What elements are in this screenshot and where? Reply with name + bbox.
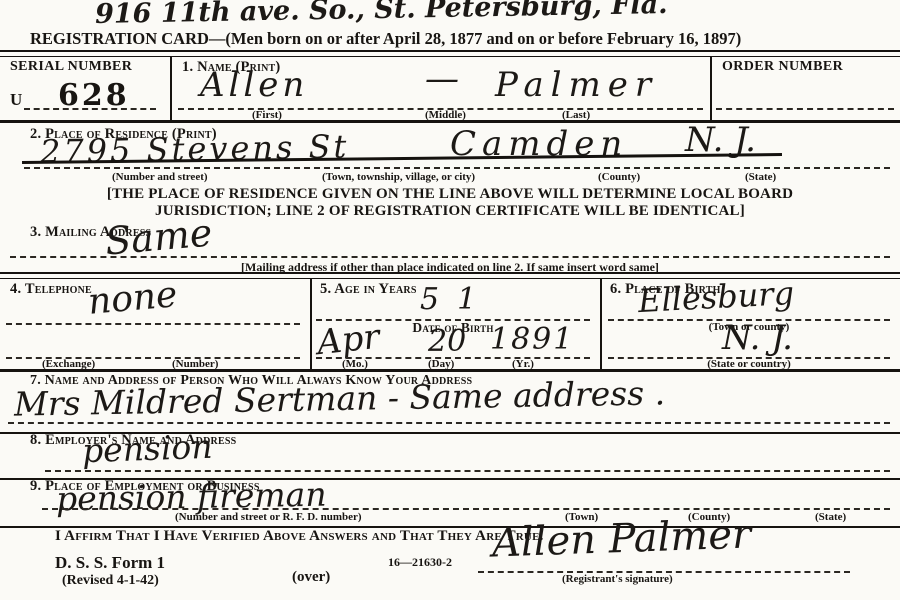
employer-line bbox=[45, 470, 890, 472]
print-code: 16—21630-2 bbox=[388, 555, 452, 570]
name-last-value: Palmer bbox=[495, 68, 658, 102]
employment-row: 9. Place of Employment or Business pensi… bbox=[0, 478, 900, 528]
divider bbox=[710, 56, 712, 120]
residence-row: 2. Place of Residence (Print) 2795 Steve… bbox=[0, 123, 900, 185]
employment-line bbox=[42, 508, 890, 510]
over-note: (over) bbox=[292, 569, 330, 586]
employment-state-caption: (State) bbox=[815, 511, 846, 523]
street-caption: (Number and street) bbox=[112, 171, 208, 183]
telephone-value: none bbox=[87, 277, 179, 321]
registrant-signature: Allen Palmer bbox=[491, 514, 751, 563]
last-caption: (Last) bbox=[562, 109, 590, 121]
name-first-value: Allen bbox=[200, 68, 308, 102]
name-middle-value: — bbox=[425, 62, 459, 96]
dob-day-value: 20 bbox=[428, 327, 466, 357]
serial-number-label: SERIAL NUMBER bbox=[10, 59, 132, 75]
middle-caption: (Middle) bbox=[425, 109, 466, 121]
county-caption: (County) bbox=[598, 171, 640, 183]
form-number: D. S. S. Form 1 bbox=[55, 553, 165, 573]
age-label: 5. Age in Years bbox=[320, 281, 417, 298]
residence-line bbox=[24, 167, 890, 169]
serial-name-order-row: SERIAL NUMBER U 628 1. Name (Print) Alle… bbox=[0, 56, 900, 123]
mailing-line bbox=[10, 256, 890, 258]
mailing-value: Same bbox=[104, 213, 214, 260]
birthplace-state-value: N. J. bbox=[722, 321, 793, 355]
form-revision: (Revised 4-1-42) bbox=[62, 573, 159, 589]
telephone-label: 4. Telephone bbox=[10, 281, 92, 298]
divider bbox=[310, 279, 312, 369]
handwritten-current-address: 916 11th ave. So., St. Petersburg, Fla. bbox=[95, 0, 668, 28]
age-value: 51 bbox=[420, 285, 494, 315]
contact-line bbox=[8, 422, 890, 424]
town-caption: (Town, township, village, or city) bbox=[322, 171, 475, 183]
birthplace-town-value: Ellesburg bbox=[637, 277, 795, 317]
state-or-country-caption: (State or country) bbox=[608, 358, 890, 370]
residence-state-value: N. J. bbox=[685, 123, 756, 157]
employer-value: pension bbox=[81, 430, 213, 468]
card-title: REGISTRATION CARD—(Men born on or after … bbox=[30, 29, 741, 49]
state-caption: (State) bbox=[745, 171, 776, 183]
first-caption: (First) bbox=[252, 109, 282, 121]
mailing-address-row: 3. Mailing Address Same [Mailing address… bbox=[0, 222, 900, 272]
contact-value: Mrs Mildred Sertman - Same address . bbox=[14, 376, 666, 420]
order-number-line bbox=[716, 108, 894, 110]
signature-caption: (Registrant's signature) bbox=[562, 573, 673, 585]
registration-card-scan: 916 11th ave. So., St. Petersburg, Fla. … bbox=[0, 0, 900, 600]
serial-number-value: 628 bbox=[58, 78, 130, 113]
dob-year-value: 1891 bbox=[490, 325, 574, 355]
year-caption: (Yr.) bbox=[512, 358, 534, 370]
dob-month-value: Apr bbox=[315, 320, 381, 360]
serial-prefix: U bbox=[10, 90, 22, 110]
exchange-caption: (Exchange) bbox=[42, 358, 95, 370]
divider bbox=[170, 56, 172, 120]
employment-street-caption: (Number and street or R. F. D. number) bbox=[175, 511, 362, 523]
affirmation-text: I Affirm That I Have Verified Above Answ… bbox=[55, 528, 544, 545]
contact-person-row: 7. Name and Address of Person Who Will A… bbox=[0, 372, 900, 434]
number-caption: (Number) bbox=[172, 358, 218, 370]
notice-line-1: [THE PLACE OF RESIDENCE GIVEN ON THE LIN… bbox=[0, 186, 900, 203]
employer-row: 8. Employer's Name and Address pension bbox=[0, 432, 900, 480]
footer-row: I Affirm That I Have Verified Above Answ… bbox=[0, 527, 900, 600]
month-caption: (Mo.) bbox=[342, 358, 368, 370]
divider bbox=[600, 279, 602, 369]
telephone-line-1 bbox=[6, 323, 300, 325]
telephone-age-birth-row: 4. Telephone none (Exchange) (Number) 5.… bbox=[0, 279, 900, 372]
day-caption: (Day) bbox=[428, 358, 454, 370]
order-number-label: ORDER NUMBER bbox=[722, 59, 843, 75]
